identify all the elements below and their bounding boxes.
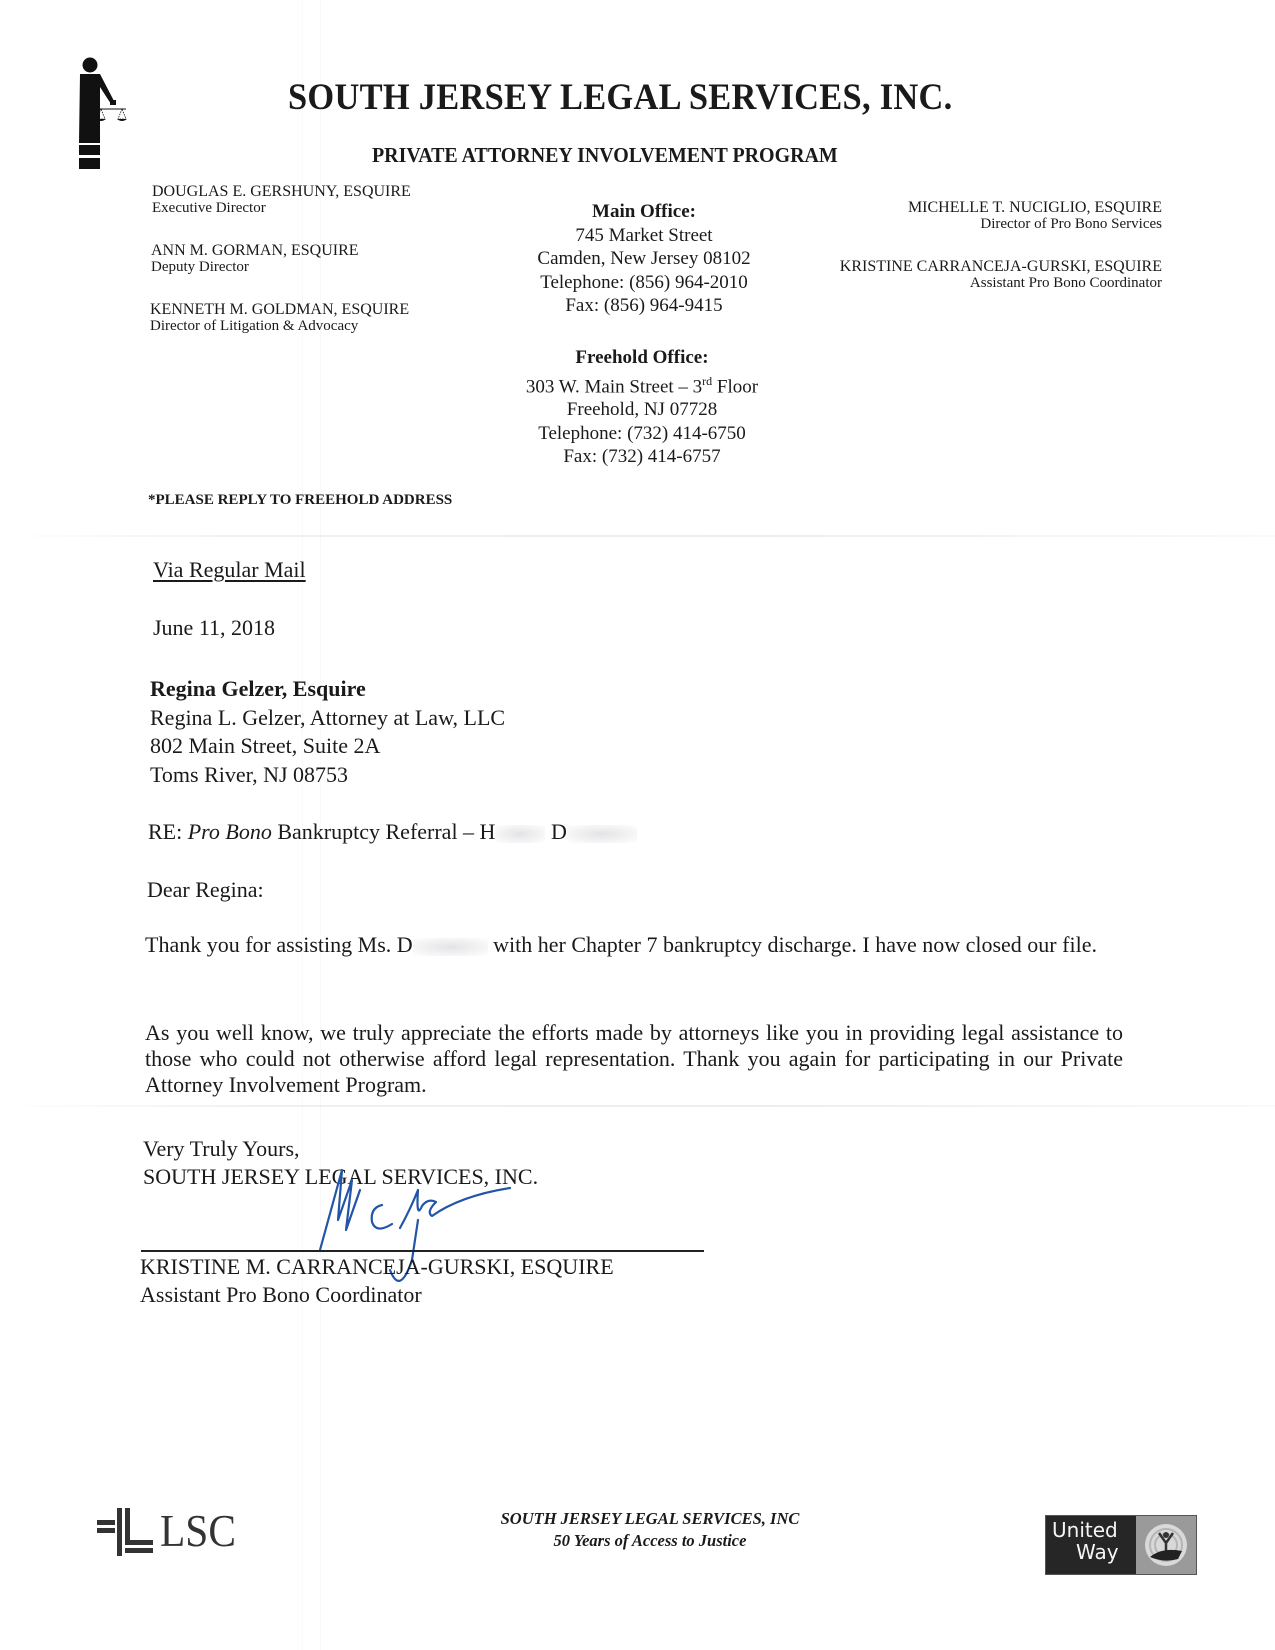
freehold-office-phone: Telephone: (732) 414-6750 [492,422,792,446]
main-office-city: Camden, New Jersey 08102 [494,247,794,271]
delivery-method: Via Regular Mail [153,557,306,583]
staff-name: MICHELLE T. NUCIGLIO, ESQUIRE [908,199,1162,216]
main-office-street: 745 Market Street [494,224,794,248]
staff-name: DOUGLAS E. GERSHUNY, ESQUIRE [152,183,411,200]
staff-entry: KENNETH M. GOLDMAN, ESQUIRE Director of … [150,301,409,335]
main-office-fax: Fax: (856) 964-9415 [494,294,794,318]
recipient-firm: Regina L. Gelzer, Attorney at Law, LLC [150,704,505,733]
redaction [495,825,545,843]
signer-name: KRISTINE M. CARRANCEJA-GURSKI, ESQUIRE [140,1253,614,1281]
staff-entry: ANN M. GORMAN, ESQUIRE Deputy Director [151,242,359,276]
staff-role: Director of Litigation & Advocacy [150,318,409,335]
staff-role: Assistant Pro Bono Coordinator [840,275,1162,292]
footer-org-name: SOUTH JERSEY LEGAL SERVICES, INC [420,1508,880,1530]
recipient-name: Regina Gelzer, Esquire [150,675,505,704]
staff-entry: DOUGLAS E. GERSHUNY, ESQUIRE Executive D… [152,183,411,217]
signature-line [141,1250,704,1252]
signer-block: KRISTINE M. CARRANCEJA-GURSKI, ESQUIRE A… [140,1253,614,1309]
redaction [567,825,637,843]
united-way-wordmark: United Way [1046,1516,1136,1574]
lady-justice-scales-icon [74,57,136,173]
reply-note: *PLEASE REPLY TO FREEHOLD ADDRESS [148,492,452,509]
united-way-logo: United Way [1045,1515,1197,1575]
letter-date: June 11, 2018 [153,615,275,641]
signer-title: Assistant Pro Bono Coordinator [140,1281,614,1309]
freehold-office-street: 303 W. Main Street – 3rd Floor [492,370,792,399]
freehold-office-city: Freehold, NJ 07728 [492,398,792,422]
body-paragraph: Thank you for assisting Ms. D with her C… [145,932,1123,958]
staff-entry: KRISTINE CARRANCEJA-GURSKI, ESQUIRE Assi… [840,258,1162,292]
staff-entry: MICHELLE T. NUCIGLIO, ESQUIRE Director o… [908,199,1162,233]
staff-role: Executive Director [152,200,411,217]
staff-name: ANN M. GORMAN, ESQUIRE [151,242,359,259]
salutation: Dear Regina: [147,877,264,903]
main-office-address: Main Office: 745 Market Street Camden, N… [494,200,794,318]
united-way-hand-icon [1136,1516,1196,1574]
staff-name: KRISTINE CARRANCEJA-GURSKI, ESQUIRE [840,258,1162,275]
organization-name: SOUTH JERSEY LEGAL SERVICES, INC. [288,76,953,119]
footer-tagline: 50 Years of Access to Justice [420,1530,880,1552]
redaction [413,938,488,956]
staff-name: KENNETH M. GOLDMAN, ESQUIRE [150,301,409,318]
freehold-office-heading: Freehold Office: [492,346,792,370]
main-office-phone: Telephone: (856) 964-2010 [494,271,794,295]
footer-organization: SOUTH JERSEY LEGAL SERVICES, INC 50 Year… [420,1508,880,1552]
staff-role: Deputy Director [151,259,359,276]
recipient-address: Regina Gelzer, Esquire Regina L. Gelzer,… [150,675,505,789]
subject-line: RE: Pro Bono Bankruptcy Referral – H D [148,819,637,845]
body-paragraph: As you well know, we truly appreciate th… [145,1020,1123,1098]
staff-role: Director of Pro Bono Services [908,216,1162,233]
program-name: PRIVATE ATTORNEY INVOLVEMENT PROGRAM [372,143,838,168]
paper-fold-line [0,1105,1275,1107]
main-office-heading: Main Office: [494,200,794,224]
freehold-office-address: Freehold Office: 303 W. Main Street – 3r… [492,346,792,469]
paper-fold-line [0,535,1275,537]
lsc-logo-icon [97,1508,155,1558]
recipient-city: Toms River, NJ 08753 [150,761,505,790]
freehold-office-fax: Fax: (732) 414-6757 [492,445,792,469]
recipient-street: 802 Main Street, Suite 2A [150,732,505,761]
lsc-wordmark: LSC [160,1504,236,1557]
